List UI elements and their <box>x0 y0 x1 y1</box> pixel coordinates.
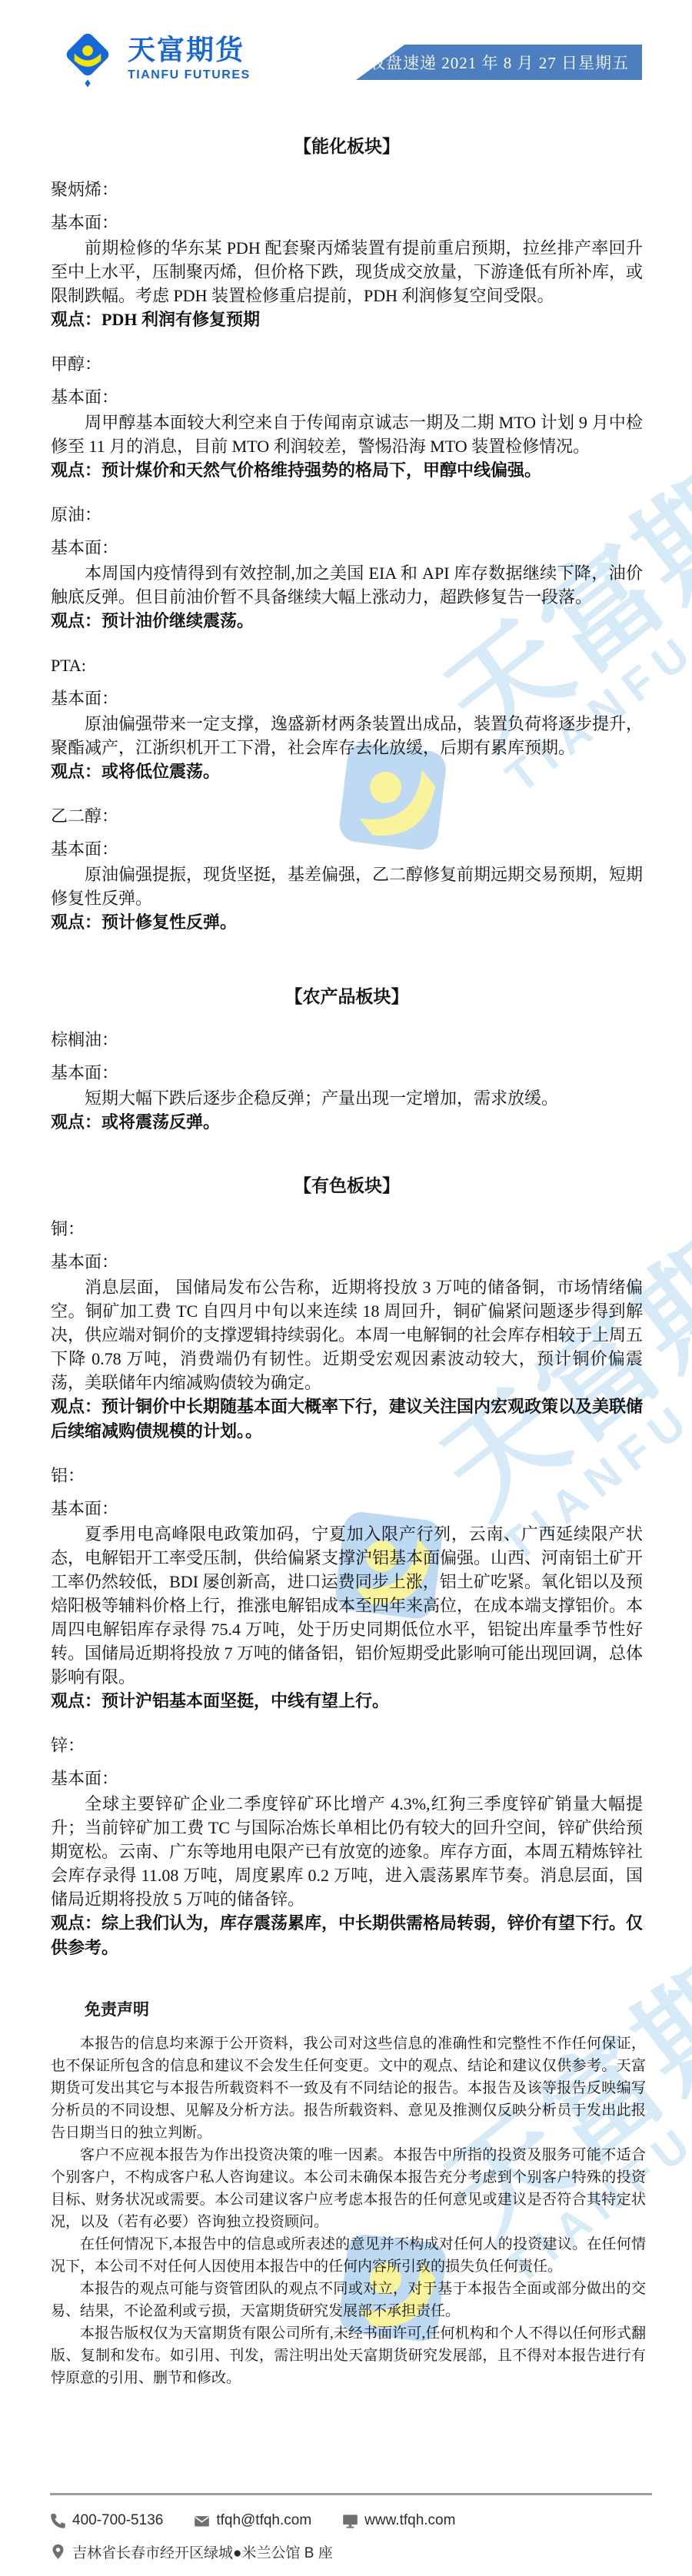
commodity-zinc: 锌： 基本面： 全球主要锌矿企业二季度锌矿环比增产 4.3%,红狗三季度锌矿销量… <box>51 1733 643 1960</box>
viewpoint-text: 观点：预计铜价中长期随基本面大概率下行，建议关注国内宏观政策以及美联储后续缩减购… <box>51 1394 643 1444</box>
email-item: tfqh@tfqh.com <box>194 2512 311 2529</box>
fundamentals-text: 本周国内疫情得到有效控制,加之美国 EIA 和 API 库存数据继续下降，油价触… <box>51 561 643 609</box>
address-text: 吉林省长春市经开区绿城●米兰公馆 B 座 <box>72 2541 333 2562</box>
viewpoint-text: 观点：预计煤价和天然气价格维持强势的格局下，甲醇中线偏强。 <box>51 458 643 483</box>
fundamentals-label: 基本面： <box>51 1061 643 1085</box>
website-item: www.tfqh.com <box>342 2512 455 2529</box>
footer-divider <box>50 2493 652 2495</box>
section-title-energy-chemical: 【能化板块】 <box>51 132 643 158</box>
viewpoint-text: 观点：预计油价继续震荡。 <box>51 609 643 633</box>
footer-contact-row: 400-700-5136 tfqh@tfqh.com www.tfqh.com <box>50 2512 652 2529</box>
report-page: 天富期货 TIANFU FUTURES 天富期货 TIANFU FUTURES … <box>0 0 692 2576</box>
viewpoint-text: 观点：PDH 利润有修复预期 <box>51 307 643 332</box>
report-body: 【能化板块】 聚炳烯： 基本面： 前期检修的华东某 PDH 配套聚丙烯装置有提前… <box>0 132 692 1960</box>
commodity-name: 原油： <box>51 503 643 527</box>
envelope-icon <box>194 2513 210 2529</box>
viewpoint-text: 观点：或将低位震荡。 <box>51 760 643 784</box>
disclaimer-paragraph: 本报告的观点可能与资管团队的观点不同或对立，对于基于本报告全面或部分做出的交易、… <box>51 2278 646 2322</box>
viewpoint-text: 观点：或将震荡反弹。 <box>51 1110 643 1135</box>
date-banner: 收盘速递 2021 年 8 月 27 日星期五 <box>356 45 642 80</box>
report-header: 天富期货 TIANFU FUTURES 收盘速递 2021 年 8 月 27 日… <box>0 0 692 101</box>
commodity-copper: 铜： 基本面： 消息层面， 国储局发布公告称，近期将投放 3 万吨的储备铜，市场… <box>51 1217 643 1444</box>
phone-item: 400-700-5136 <box>50 2512 163 2529</box>
fundamentals-label: 基本面： <box>51 1250 643 1275</box>
disclaimer-title: 免责声明 <box>85 1997 646 2020</box>
brand-name-cn: 天富期货 <box>128 35 251 65</box>
commodity-aluminum: 铝： 基本面： 夏季用电高峰限电政策加码，宁夏加入限产行列，云南、广西延续限产状… <box>51 1464 643 1713</box>
disclaimer-paragraph: 客户不应视本报告为作出投资决策的唯一因素。本报告中所指的投资及服务可能不适合个别… <box>51 2144 646 2233</box>
commodity-palm-oil: 棕榈油： 基本面： 短期大幅下跌后逐步企稳反弹；产量出现一定增加，需求放缓。 观… <box>51 1028 643 1135</box>
disclaimer-paragraph: 在任何情况下,本报告中的信息或所表述的意见并不构成对任何人的投资建议。在任何情况… <box>51 2233 646 2278</box>
website-link[interactable]: www.tfqh.com <box>364 2512 455 2529</box>
brand: 天富期货 TIANFU FUTURES <box>60 28 251 89</box>
fundamentals-label: 基本面： <box>51 1497 643 1521</box>
fundamentals-text: 前期检修的华东某 PDH 配套聚丙烯装置有提前重启预期，拉丝排产率回升至中上水平… <box>51 236 643 307</box>
fundamentals-text: 原油偏强带来一定支撑，逸盛新材两条装置出成品，装置负荷将逐步提升，聚酯减产，江浙… <box>51 712 643 760</box>
footer-address-row: 吉林省长春市经开区绿城●米兰公馆 B 座 <box>50 2541 652 2562</box>
monitor-icon <box>342 2513 358 2529</box>
disclaimer-section: 免责声明 本报告的信息均来源于公开资料，我公司对这些信息的准确性和完整性不作任何… <box>0 1997 692 2389</box>
viewpoint-text: 观点：预计沪铝基本面坚挺，中线有望上行。 <box>51 1689 643 1713</box>
disclaimer-paragraph: 本报告的信息均来源于公开资料，我公司对这些信息的准确性和完整性不作任何保证，也不… <box>51 2033 646 2144</box>
fundamentals-text: 周甲醇基本面较大利空来自于传闻南京诚志一期及二期 MTO 计划 9 月中检修至 … <box>51 410 643 458</box>
commodity-name: 聚炳烯： <box>51 178 643 202</box>
fundamentals-label: 基本面： <box>51 1767 643 1791</box>
viewpoint-text: 观点：预计修复性反弹。 <box>51 910 643 935</box>
email-link[interactable]: tfqh@tfqh.com <box>216 2512 311 2529</box>
viewpoint-text: 观点：综上我们认为，库存震荡累库，中长期供需格局转弱，锌价有望下行。仅供参考。 <box>51 1911 643 1960</box>
address-item: 吉林省长春市经开区绿城●米兰公馆 B 座 <box>50 2541 333 2562</box>
commodity-crude-oil: 原油： 基本面： 本周国内疫情得到有效控制,加之美国 EIA 和 API 库存数… <box>51 503 643 633</box>
fundamentals-label: 基本面： <box>51 686 643 711</box>
disclaimer-paragraph: 本报告版权仅为天富期货有限公司所有,未经书面许可,任何机构和个人不得以任何形式翻… <box>51 2322 646 2389</box>
fundamentals-label: 基本面： <box>51 385 643 410</box>
commodity-name: 铝： <box>51 1464 643 1488</box>
fundamentals-text: 原油偏强提振，现货坚挺，基差偏强，乙二醇修复前期远期交易预期，短期修复性反弹。 <box>51 863 643 910</box>
tianfu-logo-icon <box>60 28 115 89</box>
fundamentals-text: 全球主要锌矿企业二季度锌矿环比增产 4.3%,红狗三季度锌矿销量大幅提升；当前锌… <box>51 1792 643 1911</box>
fundamentals-text: 夏季用电高峰限电政策加码，宁夏加入限产行列，云南、广西延续限产状态，电解铝开工率… <box>51 1522 643 1689</box>
phone-icon <box>50 2513 66 2529</box>
location-pin-icon <box>50 2544 66 2560</box>
commodity-name: 棕榈油： <box>51 1028 643 1052</box>
phone-number: 400-700-5136 <box>72 2512 163 2529</box>
fundamentals-text: 消息层面， 国储局发布公告称，近期将投放 3 万吨的储备铜，市场情绪偏空。铜矿加… <box>51 1275 643 1394</box>
commodity-methanol: 甲醇： 基本面： 周甲醇基本面较大利空来自于传闻南京诚志一期及二期 MTO 计划… <box>51 352 643 483</box>
section-title-nonferrous: 【有色板块】 <box>51 1172 643 1197</box>
fundamentals-label: 基本面： <box>51 211 643 235</box>
commodity-name: PTA: <box>51 653 643 678</box>
commodity-name: 铜： <box>51 1217 643 1241</box>
fundamentals-label: 基本面： <box>51 837 643 862</box>
section-title-agricultural: 【农产品板块】 <box>51 982 643 1008</box>
fundamentals-text: 短期大幅下跌后逐步企稳反弹；产量出现一定增加，需求放缓。 <box>51 1086 643 1110</box>
report-footer: 400-700-5136 tfqh@tfqh.com www.tfqh.com <box>50 2493 652 2562</box>
brand-name-en: TIANFU FUTURES <box>128 68 251 82</box>
commodity-polypropylene: 聚炳烯： 基本面： 前期检修的华东某 PDH 配套聚丙烯装置有提前重启预期，拉丝… <box>51 178 643 332</box>
commodity-name: 锌： <box>51 1733 643 1758</box>
fundamentals-label: 基本面： <box>51 536 643 560</box>
commodity-name: 甲醇： <box>51 352 643 377</box>
commodity-ethylene-glycol: 乙二醇： 基本面： 原油偏强提振，现货坚挺，基差偏强，乙二醇修复前期远期交易预期… <box>51 804 643 935</box>
commodity-pta: PTA: 基本面： 原油偏强带来一定支撑，逸盛新材两条装置出成品，装置负荷将逐步… <box>51 653 643 784</box>
commodity-name: 乙二醇： <box>51 804 643 829</box>
